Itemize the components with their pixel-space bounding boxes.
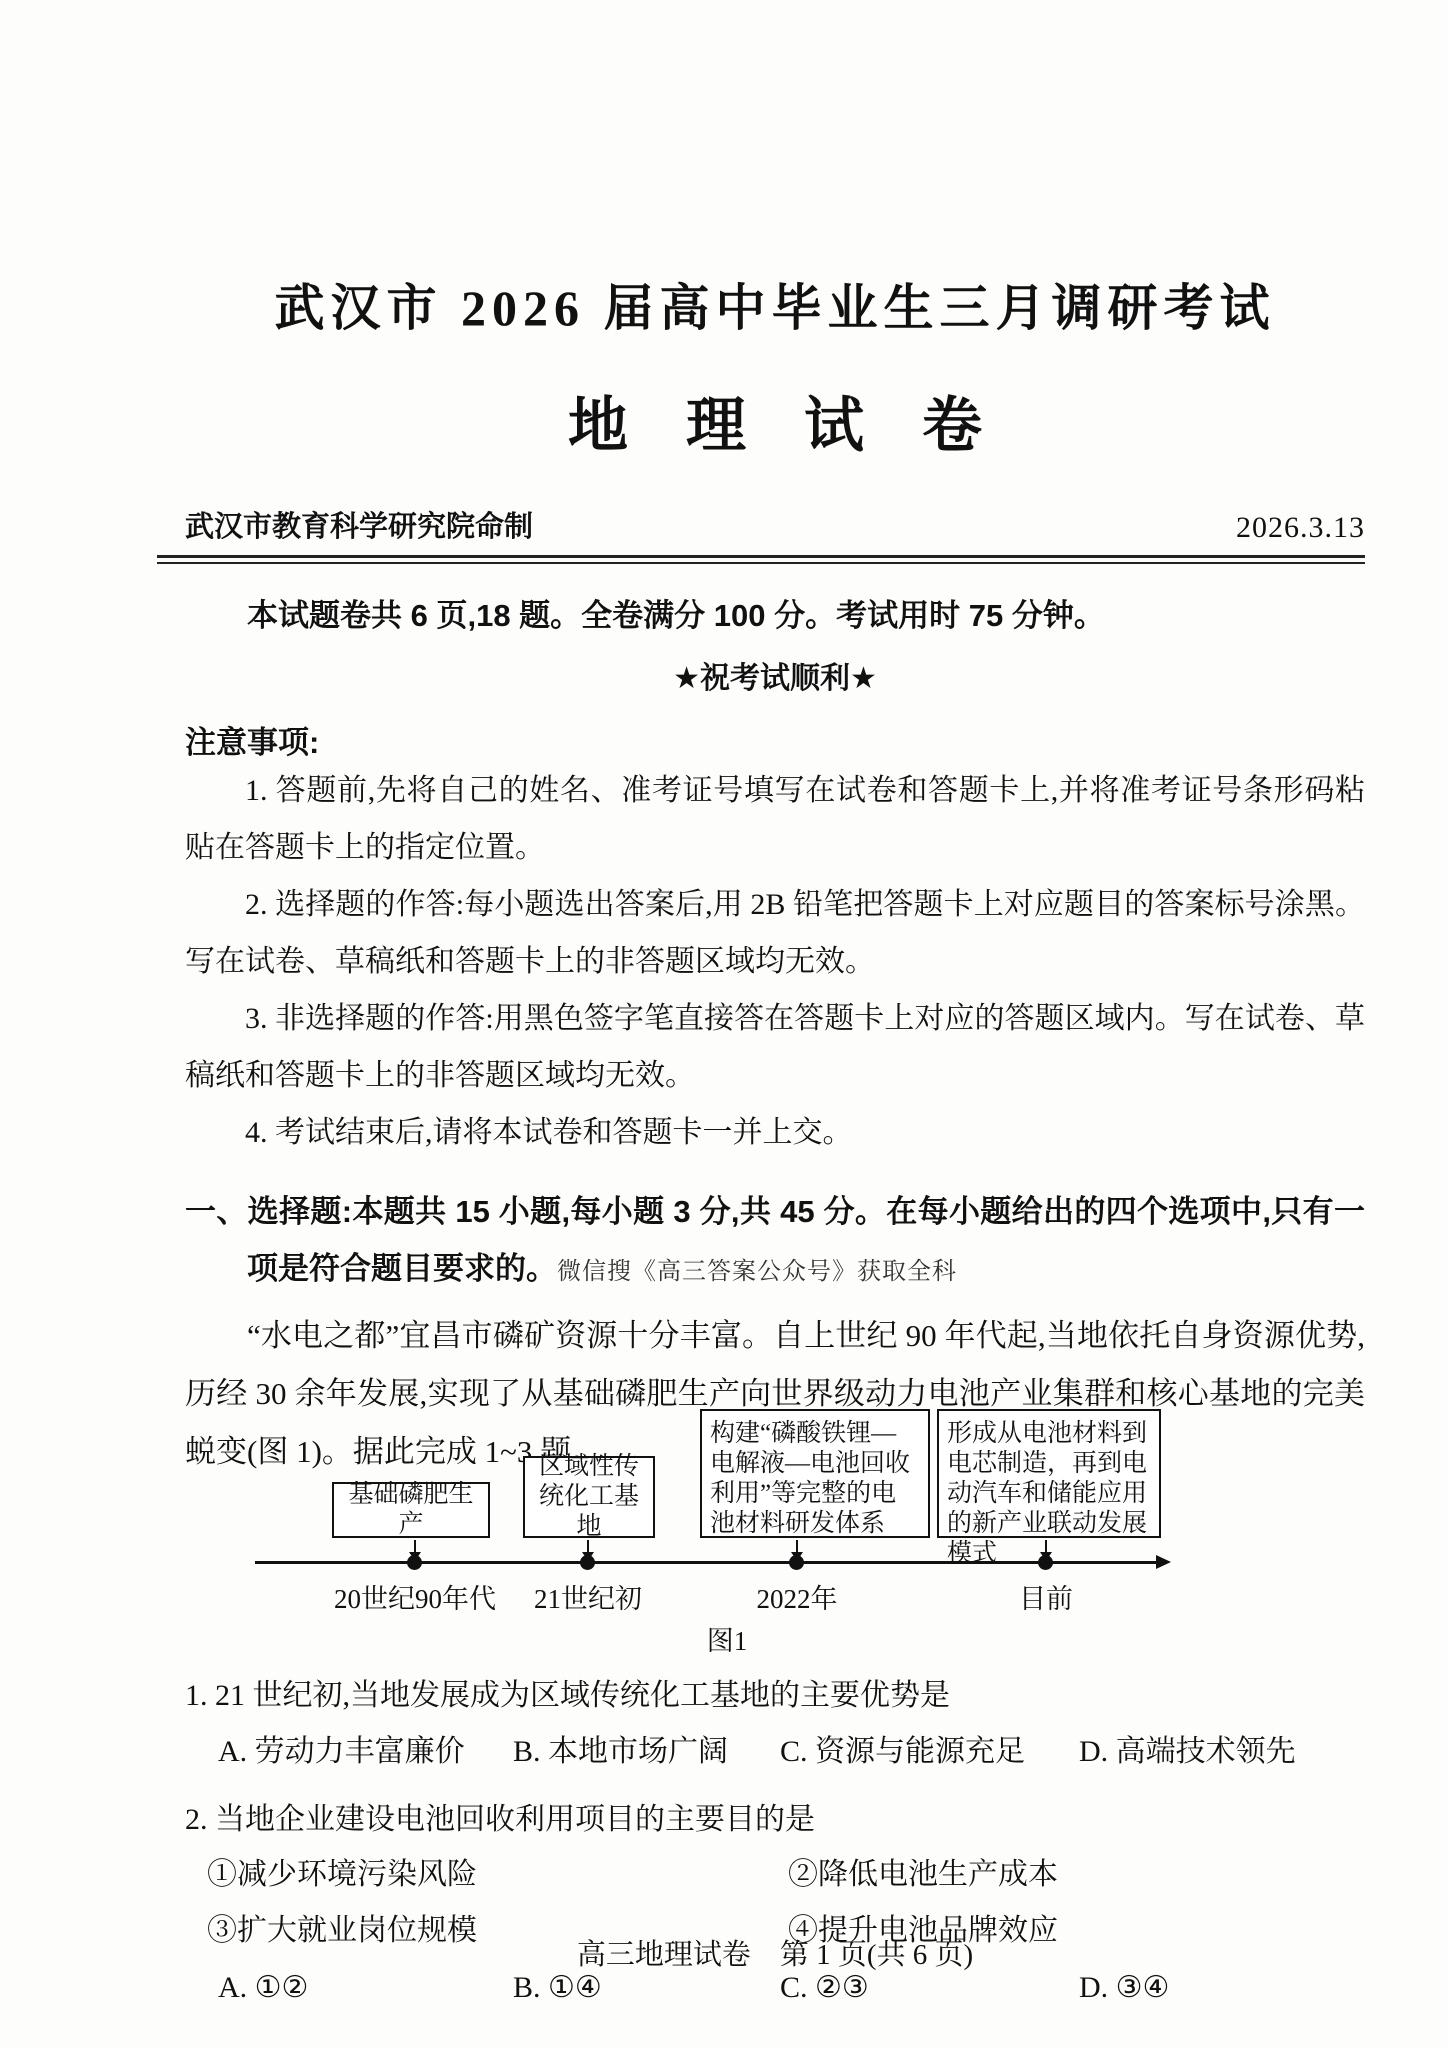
timeline-point-icon: [1038, 1555, 1053, 1570]
option-a: A. 劳动力丰富廉价: [218, 1725, 513, 1779]
exam-paper-page: 武汉市 2026 届高中毕业生三月调研考试 地理试卷 武汉市教育科学研究院命制 …: [0, 0, 1448, 2048]
question1-stem: 1. 21 世纪初,当地发展成为区域传统化工基地的主要优势是: [185, 1669, 1365, 1723]
notices-heading: 注意事项:: [185, 717, 1365, 762]
timeline-stage-box: 基础磷肥生产: [332, 1482, 490, 1538]
section1-heading: 一、选择题:本题共 15 小题,每小题 3 分,共 45 分。在每小题给出的四个…: [185, 1183, 1365, 1301]
exam-date: 2026.3.13: [1236, 511, 1365, 545]
double-rule-divider: [157, 555, 1365, 564]
figure1-caption: 图1: [707, 1619, 748, 1658]
paper-summary: 本试题卷共 6 页,18 题。全卷满分 100 分。考试用时 75 分钟。: [185, 590, 1365, 635]
page-footer: 高三地理试卷 第 1 页(共 6 页): [185, 1932, 1365, 1973]
timeline-axis: [255, 1561, 1158, 1564]
down-arrow-icon: [796, 1540, 798, 1553]
timeline-point-icon: [580, 1555, 595, 1570]
timeline-tick-label: 20世纪90年代: [334, 1577, 496, 1616]
notice-item: 2. 选择题的作答:每小题选出答案后,用 2B 铅笔把答题卡上对应题目的答案标号…: [185, 876, 1365, 990]
option-d: D. 高端技术领先: [1079, 1725, 1296, 1779]
subitem-1: ①减少环境污染风险: [207, 1847, 788, 1903]
exam-title: 武汉市 2026 届高中毕业生三月调研考试: [185, 268, 1365, 340]
good-luck-line: ★祝考试顺利★: [185, 653, 1365, 697]
down-arrow-icon: [1045, 1540, 1047, 1553]
timeline-point-icon: [789, 1555, 804, 1570]
page-content: 武汉市 2026 届高中毕业生三月调研考试 地理试卷 武汉市教育科学研究院命制 …: [185, 268, 1365, 2015]
figure1-timeline-diagram: 基础磷肥生产 区域性传统化工基地 构建“磷酸铁锂—电解液—电池回收利用”等完整的…: [185, 1409, 1365, 1655]
down-arrow-icon: [414, 1540, 416, 1553]
notice-item: 3. 非选择题的作答:用黑色签字笔直接答在答题卡上对应的答题区域内。写在试卷、草…: [185, 990, 1365, 1104]
issuer-name: 武汉市教育科学研究院命制: [185, 504, 533, 545]
subject-title: 地理试卷: [185, 378, 1365, 464]
timeline-stage-box: 构建“磷酸铁锂—电解液—电池回收利用”等完整的电池材料研发体系: [700, 1409, 930, 1538]
timeline-tick-label: 目前: [1019, 1577, 1073, 1616]
question1-options: A. 劳动力丰富廉价 B. 本地市场广阔 C. 资源与能源充足 D. 高端技术领…: [218, 1725, 1365, 1779]
timeline-point-icon: [407, 1555, 422, 1570]
question2-subitems-row1: ①减少环境污染风险 ②降低电池生产成本: [207, 1847, 1365, 1903]
question2-stem: 2. 当地企业建设电池回收利用项目的主要目的是: [185, 1793, 1365, 1847]
option-b: B. 本地市场广阔: [513, 1725, 780, 1779]
notice-item: 1. 答题前,先将自己的姓名、准考证号填写在试卷和答题卡上,并将准考证号条形码粘…: [185, 762, 1365, 876]
down-arrow-icon: [587, 1540, 589, 1553]
option-c: C. 资源与能源充足: [780, 1725, 1079, 1779]
timeline-tick-label: 2022年: [757, 1577, 838, 1616]
watermark-text: 微信搜《高三答案公众号》获取全科: [557, 1259, 957, 1285]
timeline-stage-box: 形成从电池材料到电芯制造，再到电动汽车和储能应用的新产业联动发展模式: [937, 1409, 1161, 1538]
timeline-tick-label: 21世纪初: [534, 1577, 642, 1616]
timeline-stage-box: 区域性传统化工基地: [523, 1456, 655, 1538]
issuer-row: 武汉市教育科学研究院命制 2026.3.13: [185, 504, 1365, 545]
subitem-2: ②降低电池生产成本: [788, 1847, 1058, 1903]
notice-item: 4. 考试结束后,请将本试卷和答题卡一并上交。: [185, 1104, 1365, 1161]
